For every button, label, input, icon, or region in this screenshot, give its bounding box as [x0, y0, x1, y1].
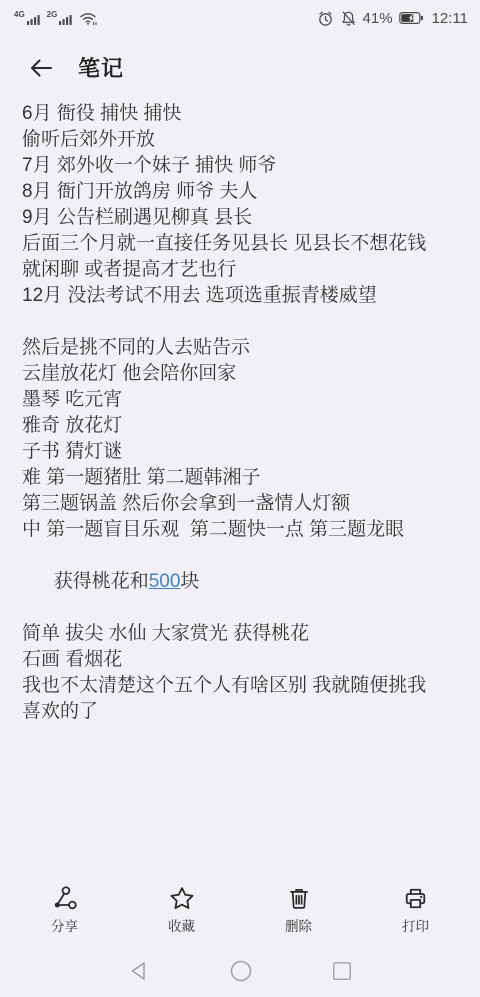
signal-4g: 4G — [14, 11, 41, 26]
note-line: 后面三个月就一直接任务见县长 见县长不想花钱 — [22, 231, 458, 257]
print-button[interactable]: 打印 — [357, 885, 474, 935]
nav-home-circle-icon — [229, 959, 253, 983]
note-line: 偷听后郊外开放 — [22, 127, 458, 153]
nav-recents-square-icon — [331, 960, 353, 982]
nav-home-button[interactable] — [229, 959, 253, 983]
clock-time: 12:11 — [432, 10, 468, 27]
status-right: 41% 12:11 — [317, 10, 468, 27]
signal-2g: 2G — [47, 11, 74, 26]
note-line: 就闲聊 或者提高才艺也行 — [22, 257, 458, 283]
note-line: 然后是挑不同的人去贴告示 — [22, 335, 458, 361]
link-line-suffix: 块 — [180, 571, 199, 592]
trash-icon — [286, 885, 312, 912]
note-line: 子书 猜灯谜 — [22, 439, 458, 465]
note-line: 喜欢的了 — [22, 699, 458, 725]
header: 笔记 — [0, 30, 480, 91]
share-button[interactable]: 分享 — [6, 885, 123, 935]
back-button[interactable] — [26, 53, 56, 83]
notes-app-screen: 4G 2G — [0, 0, 480, 997]
bottom-toolbar: 分享 收藏 删除 — [0, 879, 480, 945]
battery-charging-icon — [399, 11, 424, 25]
toolbar-label: 删除 — [285, 915, 312, 935]
favorite-button[interactable]: 收藏 — [123, 885, 240, 935]
link-line-prefix: 获得桃花和 — [54, 571, 149, 592]
toolbar-label: 打印 — [402, 915, 429, 935]
back-arrow-icon — [28, 56, 54, 80]
status-left: 4G 2G — [14, 11, 98, 26]
mute-bell-icon — [340, 10, 357, 27]
note-line: 12月 没法考试不用去 选项选重振青楼威望 — [22, 283, 458, 309]
note-line: 墨琴 吃元宵 — [22, 387, 458, 413]
note-line-blank — [22, 309, 458, 335]
toolbar-label: 分享 — [51, 915, 78, 935]
signal-4g-label: 4G — [14, 11, 25, 19]
alarm-clock-icon — [317, 10, 334, 27]
note-line: 简单 拔尖 水仙 大家赏光 获得桃花 — [22, 621, 458, 647]
nav-back-button[interactable] — [127, 959, 151, 983]
note-line-with-link: 获得桃花和500块 — [22, 543, 458, 621]
signal-bars-icon — [58, 11, 73, 26]
note-line: 9月 公告栏刷遇见柳真 县长 — [22, 205, 458, 231]
note-line: 难 第一题猪肚 第二题韩湘子 — [22, 465, 458, 491]
battery-percent: 41% — [363, 10, 393, 27]
printer-icon — [402, 885, 429, 912]
note-line: 我也不太清楚这个五个人有啥区别 我就随便挑我 — [22, 673, 458, 699]
navigation-bar — [0, 945, 480, 997]
note-line: 6月 衙役 捕快 捕快 — [22, 101, 458, 127]
share-icon — [51, 885, 78, 912]
note-line: 7月 郊外收一个妹子 捕快 师爷 — [22, 153, 458, 179]
note-link-500[interactable]: 500 — [149, 571, 181, 592]
nav-back-triangle-icon — [127, 959, 151, 983]
page-title: 笔记 — [78, 52, 124, 83]
nav-recents-button[interactable] — [331, 960, 353, 982]
signal-2g-label: 2G — [47, 11, 58, 19]
note-line: 雅奇 放花灯 — [22, 413, 458, 439]
note-line: 中 第一题盲目乐观 第二题快一点 第三题龙眼 — [22, 517, 458, 543]
toolbar-label: 收藏 — [168, 915, 195, 935]
wifi-icon — [79, 11, 98, 26]
note-line: 第三题锅盖 然后你会拿到一盏情人灯额 — [22, 491, 458, 517]
signal-bars-icon — [26, 11, 41, 26]
note-line: 8月 衙门开放鸽房 师爷 夫人 — [22, 179, 458, 205]
note-content[interactable]: 6月 衙役 捕快 捕快 偷听后郊外开放 7月 郊外收一个妹子 捕快 师爷 8月 … — [0, 91, 480, 725]
status-bar: 4G 2G — [0, 0, 480, 30]
note-line: 石画 看烟花 — [22, 647, 458, 673]
star-icon — [168, 885, 196, 912]
delete-button[interactable]: 删除 — [240, 885, 357, 935]
note-line: 云崖放花灯 他会陪你回家 — [22, 361, 458, 387]
